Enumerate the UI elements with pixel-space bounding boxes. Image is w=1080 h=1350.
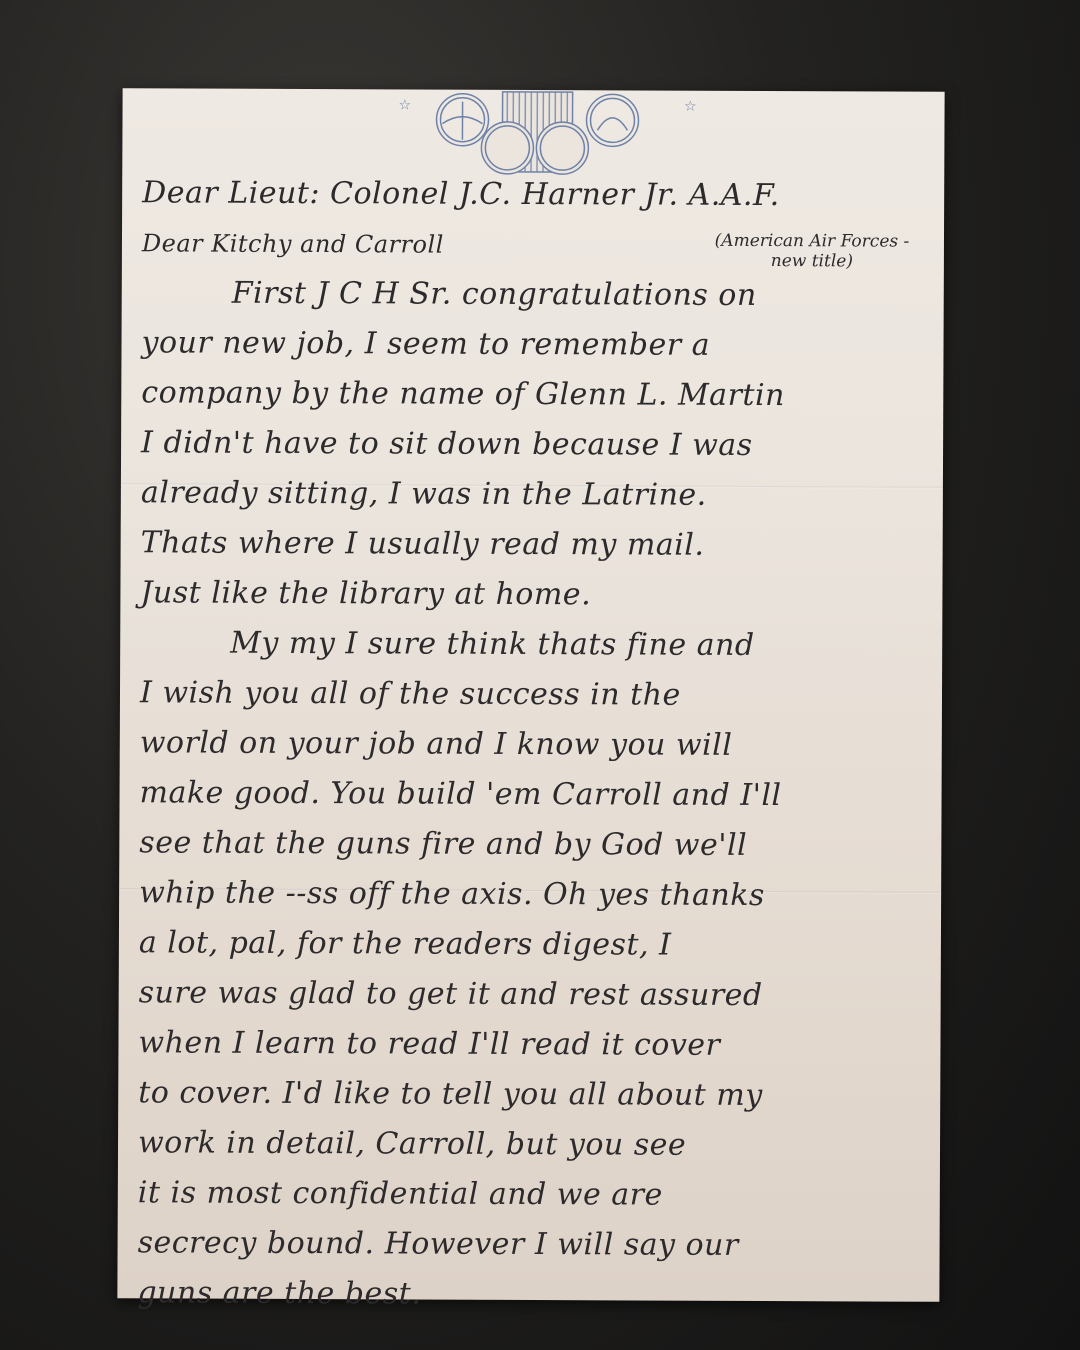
- letter-line: My my I sure think thats fine and: [140, 618, 932, 671]
- letter-line: see that the guns fire and by God we'll: [139, 818, 931, 871]
- aaf-annotation: (American Air Forces - new title): [712, 231, 912, 272]
- letter-line: sure was glad to get it and rest assured: [139, 968, 931, 1021]
- letter-line: company by the name of Glenn L. Martin: [141, 368, 933, 421]
- letter-line: whip the --ss off the axis. Oh yes thank…: [139, 868, 931, 921]
- letter-line: I didn't have to sit down because I was: [141, 418, 933, 471]
- handwritten-body: Dear Lieut: Colonel J.C. Harner Jr. A.A.…: [137, 168, 934, 1321]
- letter-line: world on your job and I know you will: [140, 718, 932, 771]
- letter-line: Thats where I usually read my mail.: [141, 518, 933, 571]
- military-letterhead: ☆ ☆: [392, 89, 692, 180]
- letter-line: Just like the library at home.: [140, 568, 932, 621]
- letter-line: First J C H Sr. congratulations on: [142, 268, 934, 321]
- letter-line: work in detail, Carroll, but you see: [138, 1118, 930, 1171]
- letter-line: it is most confidential and we are: [138, 1168, 930, 1221]
- letter-line: when I learn to read I'll read it cover: [138, 1018, 930, 1071]
- star-icon: ☆: [399, 97, 412, 113]
- letter-line: secrecy bound. However I will say our: [137, 1218, 929, 1271]
- letter-line: I wish you all of the success in the: [140, 668, 932, 721]
- star-icon: ☆: [684, 99, 697, 115]
- salutation-line: Dear Lieut: Colonel J.C. Harner Jr. A.A.…: [142, 168, 934, 221]
- letter-line: a lot, pal, for the readers digest, I: [139, 918, 931, 971]
- letter-line: your new job, I seem to remember a: [141, 318, 933, 371]
- letter-page: ☆ ☆ Dear: [117, 88, 944, 1302]
- insignia-emblems-icon: [392, 89, 692, 180]
- letter-line: guns are the best.: [137, 1268, 929, 1321]
- letter-line: to cover. I'd like to tell you all about…: [138, 1068, 930, 1121]
- letter-line: already sitting, I was in the Latrine.: [141, 468, 933, 521]
- letter-line: make good. You build 'em Carroll and I'l…: [139, 768, 931, 821]
